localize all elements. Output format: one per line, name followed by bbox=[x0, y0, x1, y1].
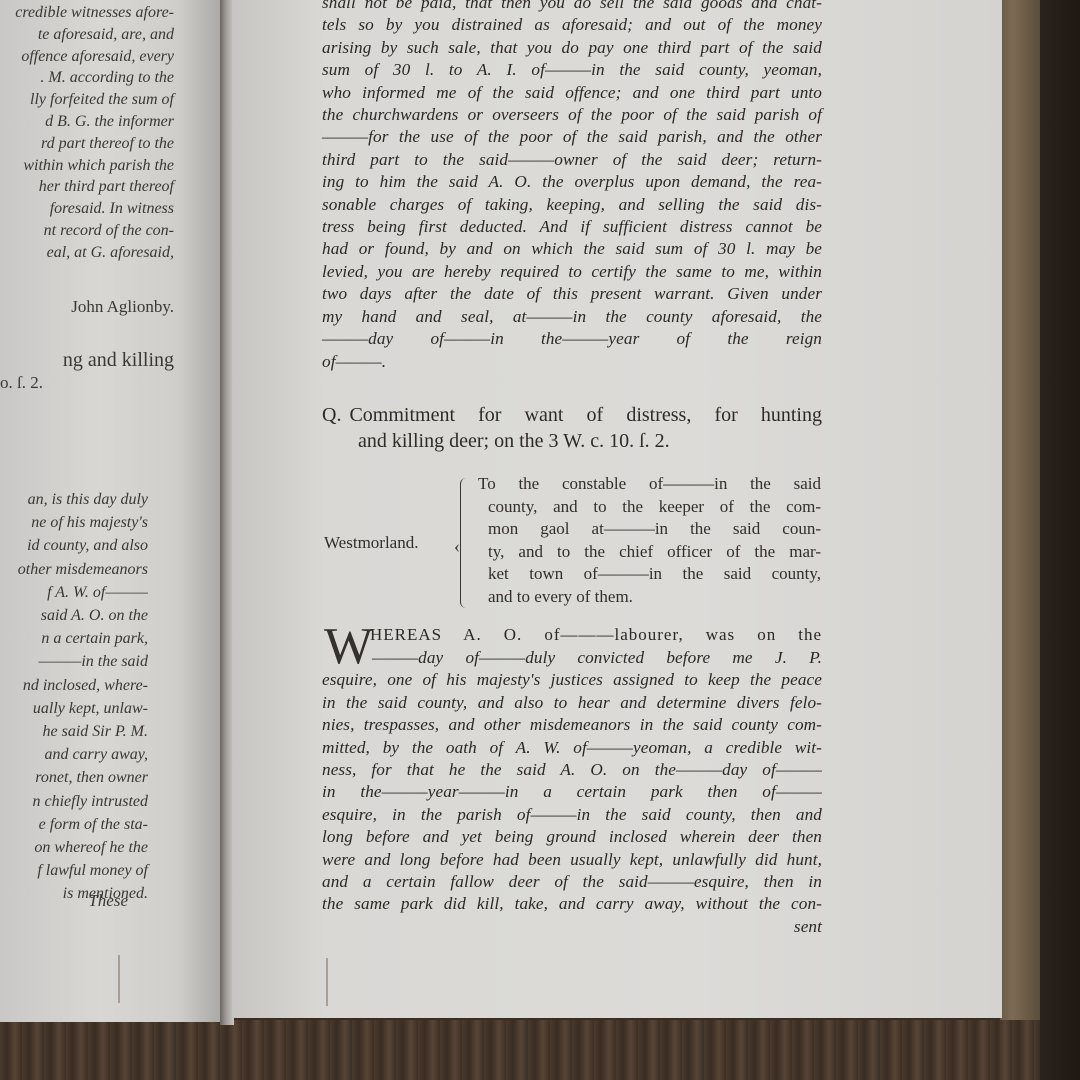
address-line: ty, and to the chief officer of the mar- bbox=[478, 541, 821, 564]
left-page-text-upper: credible witnesses afore- te aforesaid, … bbox=[0, 2, 174, 264]
text-line: HEREAS A. O. of———labourer, was on the bbox=[370, 624, 822, 646]
text-line: tels so by you distrained as aforesaid; … bbox=[322, 14, 822, 36]
text-line: n chiefly intrusted bbox=[0, 790, 148, 813]
text-line: had or found, by and on which the said s… bbox=[322, 238, 822, 260]
brace-point: ‹ bbox=[454, 536, 460, 557]
text-line: id county, and also bbox=[0, 534, 148, 557]
text-line: foresaid. In witness bbox=[0, 198, 174, 220]
text-line: d B. G. the informer bbox=[0, 111, 174, 133]
address-line: ket town of———in the said county, bbox=[478, 563, 821, 586]
signature: John Aglionby. bbox=[0, 296, 174, 318]
text-line: esquire, in the parish of———in the said … bbox=[322, 804, 822, 826]
text-line: ne of his majesty's bbox=[0, 511, 148, 534]
text-line: the churchwardens or overseers of the po… bbox=[322, 104, 822, 126]
heading-line: ng and killing bbox=[0, 347, 174, 373]
text-line: the same park did kill, take, and carry … bbox=[322, 893, 822, 915]
text-line: within which parish the bbox=[0, 155, 174, 177]
commitment-first-line: HEREAS A. O. of———labourer, was on the bbox=[370, 624, 822, 646]
left-heading-fragment: ng and killing bbox=[0, 347, 174, 373]
county-name: Westmorland. bbox=[324, 532, 418, 555]
text-line: on whereof he the bbox=[0, 836, 148, 859]
text-line: eal, at G. aforesaid, bbox=[0, 242, 174, 264]
text-line: nt record of the con- bbox=[0, 220, 174, 242]
text-line: arising by such sale, that you do pay on… bbox=[322, 37, 822, 59]
heading-line-2: and killing deer; on the 3 W. c. 10. ſ. … bbox=[322, 428, 822, 454]
text-line: said A. O. on the bbox=[0, 604, 148, 627]
address-block: To the constable of———in the said county… bbox=[478, 473, 821, 608]
text-line: . M. according to the bbox=[0, 67, 174, 89]
left-heading-fragment-2: o. ſ. 2. bbox=[0, 372, 200, 394]
commitment-text: ———day of———duly convicted before me J. … bbox=[322, 647, 822, 938]
left-catchword: These bbox=[0, 890, 128, 912]
warrant-text: shall not be paid, that then you do sell… bbox=[322, 0, 822, 373]
address-line: To the constable of———in the said bbox=[478, 473, 821, 496]
text-line: in the———year———in a certain park then o… bbox=[322, 781, 822, 803]
curly-brace bbox=[460, 478, 471, 608]
text-line: and carry away, bbox=[0, 743, 148, 766]
text-line: sum of 30 l. to A. I. of———in the said c… bbox=[322, 59, 822, 81]
text-line: sonable charges of taking, keeping, and … bbox=[322, 194, 822, 216]
text-line: other misdemeanors bbox=[0, 558, 148, 581]
text-line: ———day of———in the———year of the reign bbox=[322, 328, 822, 350]
text-line: my hand and seal, at———in the county afo… bbox=[322, 306, 822, 328]
section-letter: Q. bbox=[322, 402, 341, 428]
text-line: long before and yet being ground inclose… bbox=[322, 826, 822, 848]
text-line: levied, you are hereby required to certi… bbox=[322, 261, 822, 283]
book-cover-edge bbox=[1000, 0, 1040, 1020]
text-line: offence aforesaid, every bbox=[0, 46, 174, 68]
text-line: f lawful money of bbox=[0, 859, 148, 882]
text-line: in the said county, and also to hear and… bbox=[322, 692, 822, 714]
text-line: n a certain park, bbox=[0, 627, 148, 650]
text-line: of———. bbox=[322, 351, 822, 373]
right-page: shall not be paid, that then you do sell… bbox=[232, 0, 1002, 1018]
text-line: ually kept, unlaw- bbox=[0, 697, 148, 720]
heading-line: o. ſ. 2. bbox=[0, 372, 200, 394]
text-line: an, is this day duly bbox=[0, 488, 148, 511]
text-line: e form of the sta- bbox=[0, 813, 148, 836]
text-line: ———in the said bbox=[0, 650, 148, 673]
text-line: mitted, by the oath of A. W. of———yeoman… bbox=[322, 737, 822, 759]
text-line: who informed me of the said offence; and… bbox=[322, 82, 822, 104]
text-line: were and long before had been usually ke… bbox=[322, 849, 822, 871]
text-line: nd inclosed, where- bbox=[0, 674, 148, 697]
address-line: county, and to the keeper of the com- bbox=[478, 496, 821, 519]
text-line: esquire, one of his majesty's justices a… bbox=[322, 669, 822, 691]
text-line: lly forfeited the sum of bbox=[0, 89, 174, 111]
text-line: he said Sir P. M. bbox=[0, 720, 148, 743]
catchword: sent bbox=[322, 916, 822, 938]
text-line: f A. W. of——— bbox=[0, 581, 148, 604]
gathering-mark bbox=[326, 958, 328, 1006]
text-line: credible witnesses afore- bbox=[0, 2, 174, 24]
text-line: nies, trespasses, and other misdemeanors… bbox=[322, 714, 822, 736]
text-line: ness, for that he the said A. O. on the—… bbox=[322, 759, 822, 781]
address-line: and to every of them. bbox=[478, 586, 821, 609]
address-line: mon gaol at———in the said coun- bbox=[478, 518, 821, 541]
text-line: ———for the use of the poor of the said p… bbox=[322, 126, 822, 148]
text-line: te aforesaid, are, and bbox=[0, 24, 174, 46]
gathering-mark bbox=[118, 955, 120, 1003]
left-page: credible witnesses afore- te aforesaid, … bbox=[0, 0, 222, 1022]
text-line: ———day of———duly convicted before me J. … bbox=[322, 647, 822, 669]
wooden-table-surface bbox=[0, 1020, 1080, 1080]
text-line: third part to the said———owner of the sa… bbox=[322, 149, 822, 171]
text-line: ronet, then owner bbox=[0, 766, 148, 789]
heading-line-1: Commitment for want of distress, for hun… bbox=[349, 402, 822, 428]
text-line: and a certain fallow deer of the said———… bbox=[322, 871, 822, 893]
text-line: ing to him the said A. O. the overplus u… bbox=[322, 171, 822, 193]
text-line: rd part thereof to the bbox=[0, 133, 174, 155]
text-line: her third part thereof bbox=[0, 176, 174, 198]
background-shadow bbox=[1040, 0, 1080, 1080]
text-line: two days after the date of this present … bbox=[322, 283, 822, 305]
text-line: tress being first deducted. And if suffi… bbox=[322, 216, 822, 238]
left-page-text-lower: an, is this day duly ne of his majesty's… bbox=[0, 488, 148, 906]
text-line: shall not be paid, that then you do sell… bbox=[322, 0, 822, 14]
section-heading: Q. Commitment for want of distress, for … bbox=[322, 402, 822, 454]
